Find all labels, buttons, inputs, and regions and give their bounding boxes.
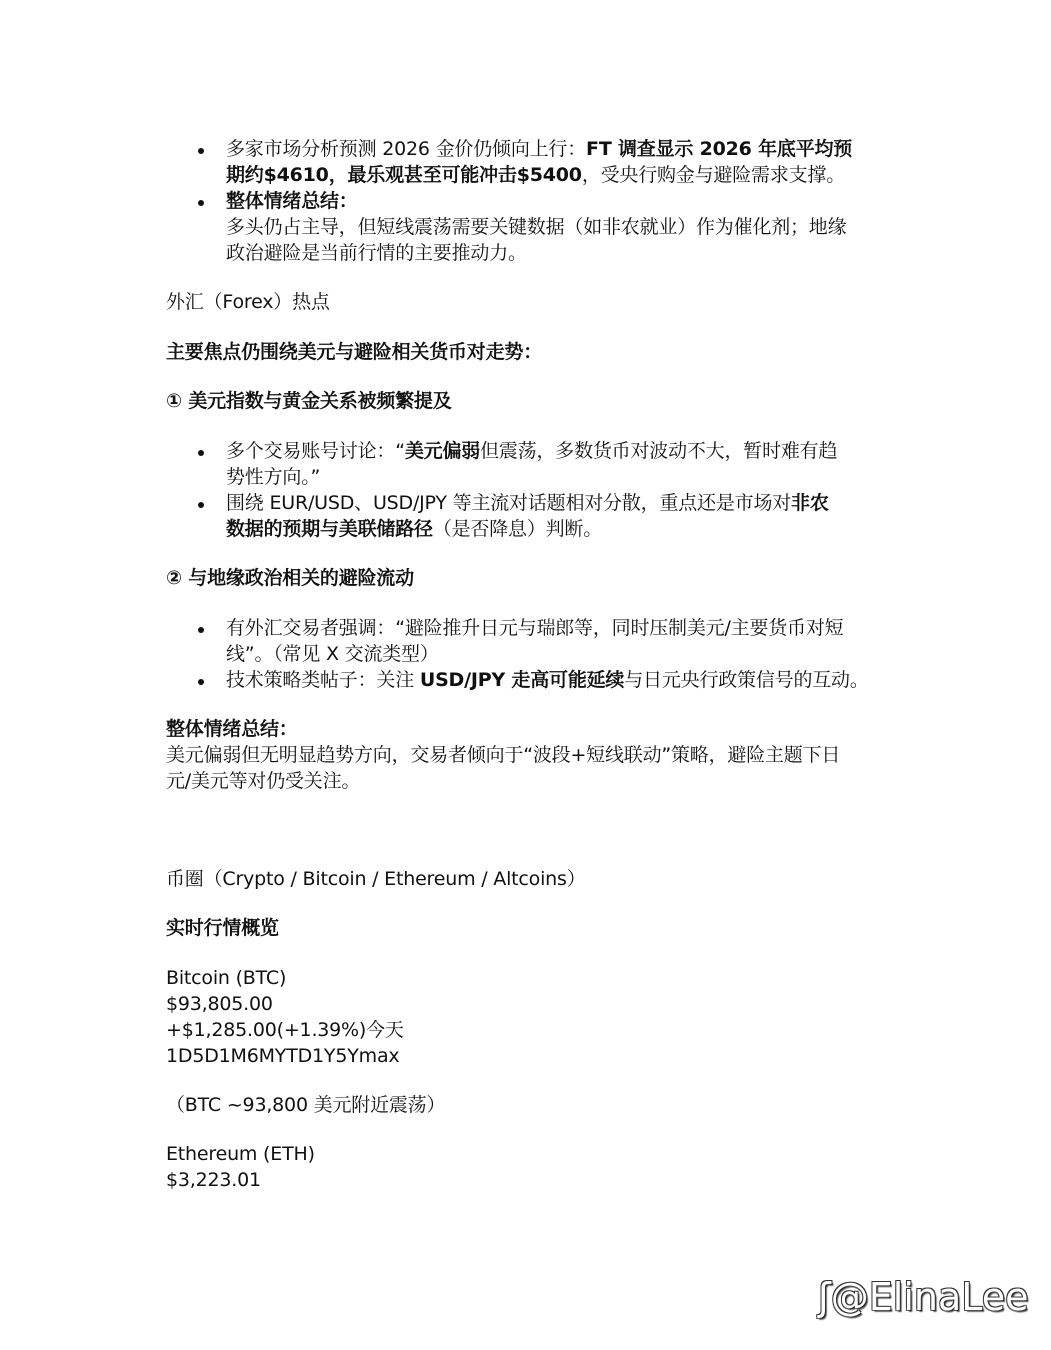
bold-text: FT 调查显示 2026 年底平均预	[586, 138, 852, 160]
text: ，受央行购金与避险需求支撑。	[582, 164, 845, 186]
btc-change: +$1,285.00(+1.39%)今天	[166, 1017, 404, 1043]
forex-sub1-bullet1-line2: 势性方向。”	[226, 464, 320, 490]
forex-heading: 外汇（Forex）热点	[166, 289, 330, 315]
text: 与日元央行政策信号的互动。	[624, 669, 868, 691]
btc-name: Bitcoin (BTC)	[166, 965, 286, 991]
gold-summary-line1: 多头仍占主导，但短线震荡需要关键数据（如非农就业）作为催化剂；地缘	[226, 214, 846, 240]
watermark: ʃ@ElinaLee	[818, 1272, 1029, 1322]
forex-sub1-title: ① 美元指数与黄金关系被频繁提及	[166, 388, 452, 414]
text: （是否降息）判断。	[433, 518, 602, 540]
gold-summary-title: 整体情绪总结：	[226, 188, 358, 214]
forex-summary-line1: 美元偏弱但无明显趋势方向，交易者倾向于“波段+短线联动”策略，避险主题下日	[166, 742, 840, 768]
text: 多个交易账号讨论：“	[226, 440, 405, 462]
bold-text: USD/JPY 走高可能延续	[420, 669, 624, 691]
forex-summary-line2: 元/美元等对仍受关注。	[166, 768, 360, 794]
bullet-dot	[198, 502, 204, 508]
btc-price: $93,805.00	[166, 991, 273, 1017]
btc-time-ranges: 1D5D1M6MYTD1Y5Ymax	[166, 1043, 399, 1069]
gold-summary-line2: 政治避险是当前行情的主要推动力。	[226, 240, 527, 266]
forex-intro: 主要焦点仍围绕美元与避险相关货币对走势：	[166, 339, 542, 365]
watermark-text: @ElinaLee	[831, 1275, 1029, 1319]
bullet-dot	[198, 148, 204, 154]
bullet-dot	[198, 450, 204, 456]
forex-sub2-bullet1-line2: 线”。（常见 X 交流类型）	[226, 641, 439, 667]
bullet-dot	[198, 627, 204, 633]
text: 围绕 EUR/USD、USD/JPY 等主流对话题相对分散，重点还是市场对	[226, 492, 791, 514]
bullet-dot	[198, 679, 204, 685]
eth-price: $3,223.01	[166, 1167, 261, 1193]
forex-sub2-bullet1-line1: 有外汇交易者强调：“避险推升日元与瑞郎等，同时压制美元/主要货币对短	[226, 615, 843, 641]
bold-text: 非农	[791, 492, 829, 514]
forex-sub1-bullet1-line1: 多个交易账号讨论：“美元偏弱但震荡，多数货币对波动不大，暂时难有趋	[226, 438, 837, 464]
bullet-dot	[198, 200, 204, 206]
weibo-logo-icon: ʃ	[818, 1275, 831, 1319]
gold-bullet-1-line1: 多家市场分析预测 2026 金价仍倾向上行：FT 调查显示 2026 年底平均预	[226, 136, 852, 162]
bold-text: 数据的预期与美联储路径	[226, 518, 433, 540]
crypto-subheading: 实时行情概览	[166, 915, 279, 941]
text: 但震荡，多数货币对波动不大，暂时难有趋	[480, 440, 837, 462]
bold-text: 美元偏弱	[405, 440, 480, 462]
btc-note: （BTC ~93,800 美元附近震荡）	[166, 1092, 445, 1118]
forex-sub1-bullet2-line2: 数据的预期与美联储路径（是否降息）判断。	[226, 516, 602, 542]
forex-sub1-bullet2-line1: 围绕 EUR/USD、USD/JPY 等主流对话题相对分散，重点还是市场对非农	[226, 490, 829, 516]
bold-text: 期约$4610，最乐观甚至可能冲击$5400	[226, 164, 582, 186]
forex-sub2-bullet2-line1: 技术策略类帖子：关注 USD/JPY 走高可能延续与日元央行政策信号的互动。	[226, 667, 869, 693]
crypto-heading: 币圈（Crypto / Bitcoin / Ethereum / Altcoin…	[166, 866, 586, 892]
text: 多家市场分析预测 2026 金价仍倾向上行：	[226, 138, 586, 160]
eth-name: Ethereum (ETH)	[166, 1141, 315, 1167]
forex-summary-title: 整体情绪总结：	[166, 716, 298, 742]
text: 技术策略类帖子：关注	[226, 669, 420, 691]
gold-bullet-1-line2: 期约$4610，最乐观甚至可能冲击$5400，受央行购金与避险需求支撑。	[226, 162, 845, 188]
forex-sub2-title: ② 与地缘政治相关的避险流动	[166, 565, 414, 591]
